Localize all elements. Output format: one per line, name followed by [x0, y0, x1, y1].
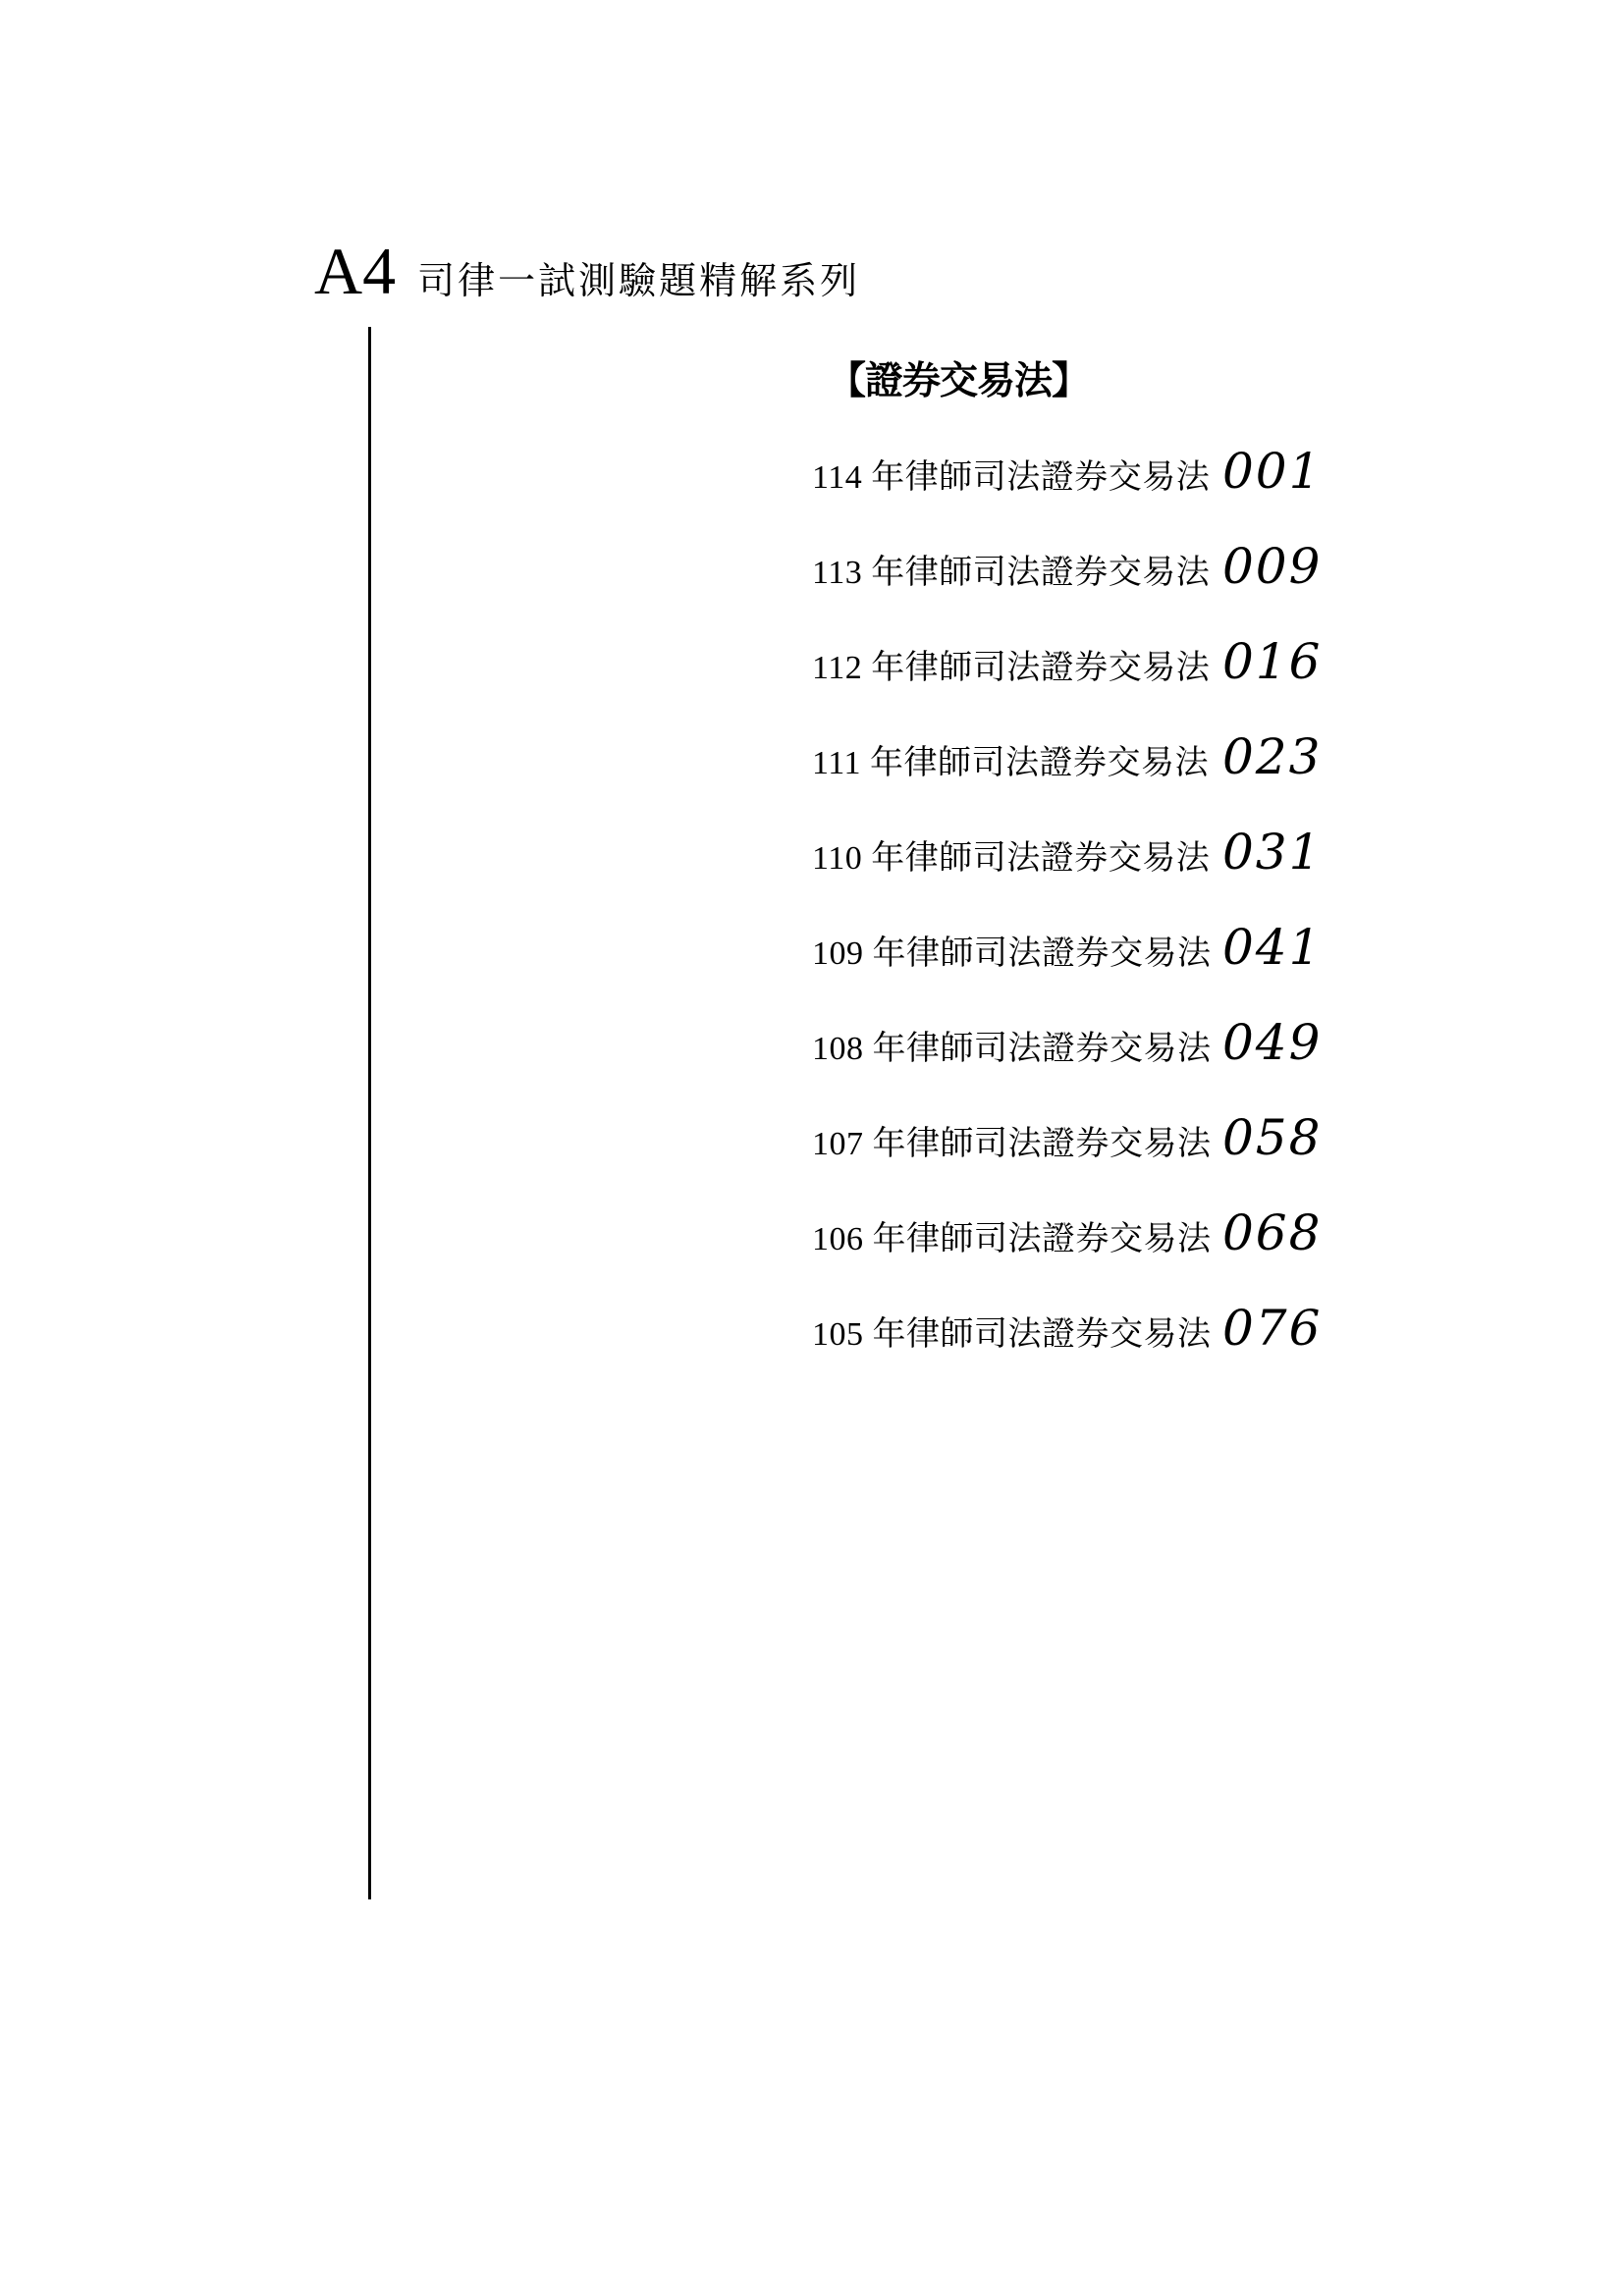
- toc-entry-page-number: 058: [1222, 1113, 1322, 1162]
- toc-entry-label: 110 年律師司法證券交易法: [812, 842, 1222, 876]
- toc-entry-label: 109 年律師司法證券交易法: [812, 937, 1222, 971]
- toc-entry: 112 年律師司法證券交易法 016: [812, 637, 1322, 686]
- toc-entry: 113 年律師司法證券交易法 009: [812, 542, 1322, 591]
- toc-entry-page-number: 041: [1222, 923, 1322, 972]
- toc-entry-label: 105 年律師司法證券交易法: [812, 1318, 1222, 1352]
- toc-entry-label: 114 年律師司法證券交易法: [812, 461, 1222, 495]
- book-page: A4 司律一試測驗題精解系列 【證券交易法】 114 年律師司法證券交易法 00…: [0, 0, 1624, 2296]
- toc-entry-page-number: 009: [1222, 542, 1322, 591]
- toc-entry-page-number: 049: [1222, 1018, 1322, 1067]
- toc-entry-page-number: 068: [1222, 1208, 1322, 1257]
- toc-entry-label: 107 年律師司法證券交易法: [812, 1128, 1222, 1161]
- toc-entry: 114 年律師司法證券交易法 001: [812, 447, 1322, 496]
- toc-entry: 105 年律師司法證券交易法 076: [812, 1304, 1322, 1353]
- toc-entry-label: 112 年律師司法證券交易法: [812, 652, 1222, 685]
- toc-entry: 107 年律師司法證券交易法 058: [812, 1113, 1322, 1162]
- toc-entry-page-number: 023: [1222, 732, 1322, 781]
- toc-list: 114 年律師司法證券交易法 001 113 年律師司法證券交易法 009 11…: [0, 0, 1624, 2296]
- toc-entry-label: 113 年律師司法證券交易法: [812, 557, 1222, 590]
- toc-entry: 109 年律師司法證券交易法 041: [812, 923, 1322, 972]
- toc-entry-label: 108 年律師司法證券交易法: [812, 1033, 1222, 1066]
- toc-entry-page-number: 031: [1222, 828, 1322, 877]
- toc-entry: 108 年律師司法證券交易法 049: [812, 1018, 1322, 1067]
- toc-entry-label: 111 年律師司法證券交易法: [812, 747, 1222, 780]
- toc-entry: 106 年律師司法證券交易法 068: [812, 1208, 1322, 1257]
- toc-entry-page-number: 016: [1222, 637, 1322, 686]
- toc-entry-label: 106 年律師司法證券交易法: [812, 1223, 1222, 1256]
- toc-entry: 110 年律師司法證券交易法 031: [812, 828, 1322, 877]
- toc-entry-page-number: 076: [1222, 1304, 1322, 1353]
- toc-entry: 111 年律師司法證券交易法 023: [812, 732, 1322, 781]
- toc-entry-page-number: 001: [1222, 447, 1322, 496]
